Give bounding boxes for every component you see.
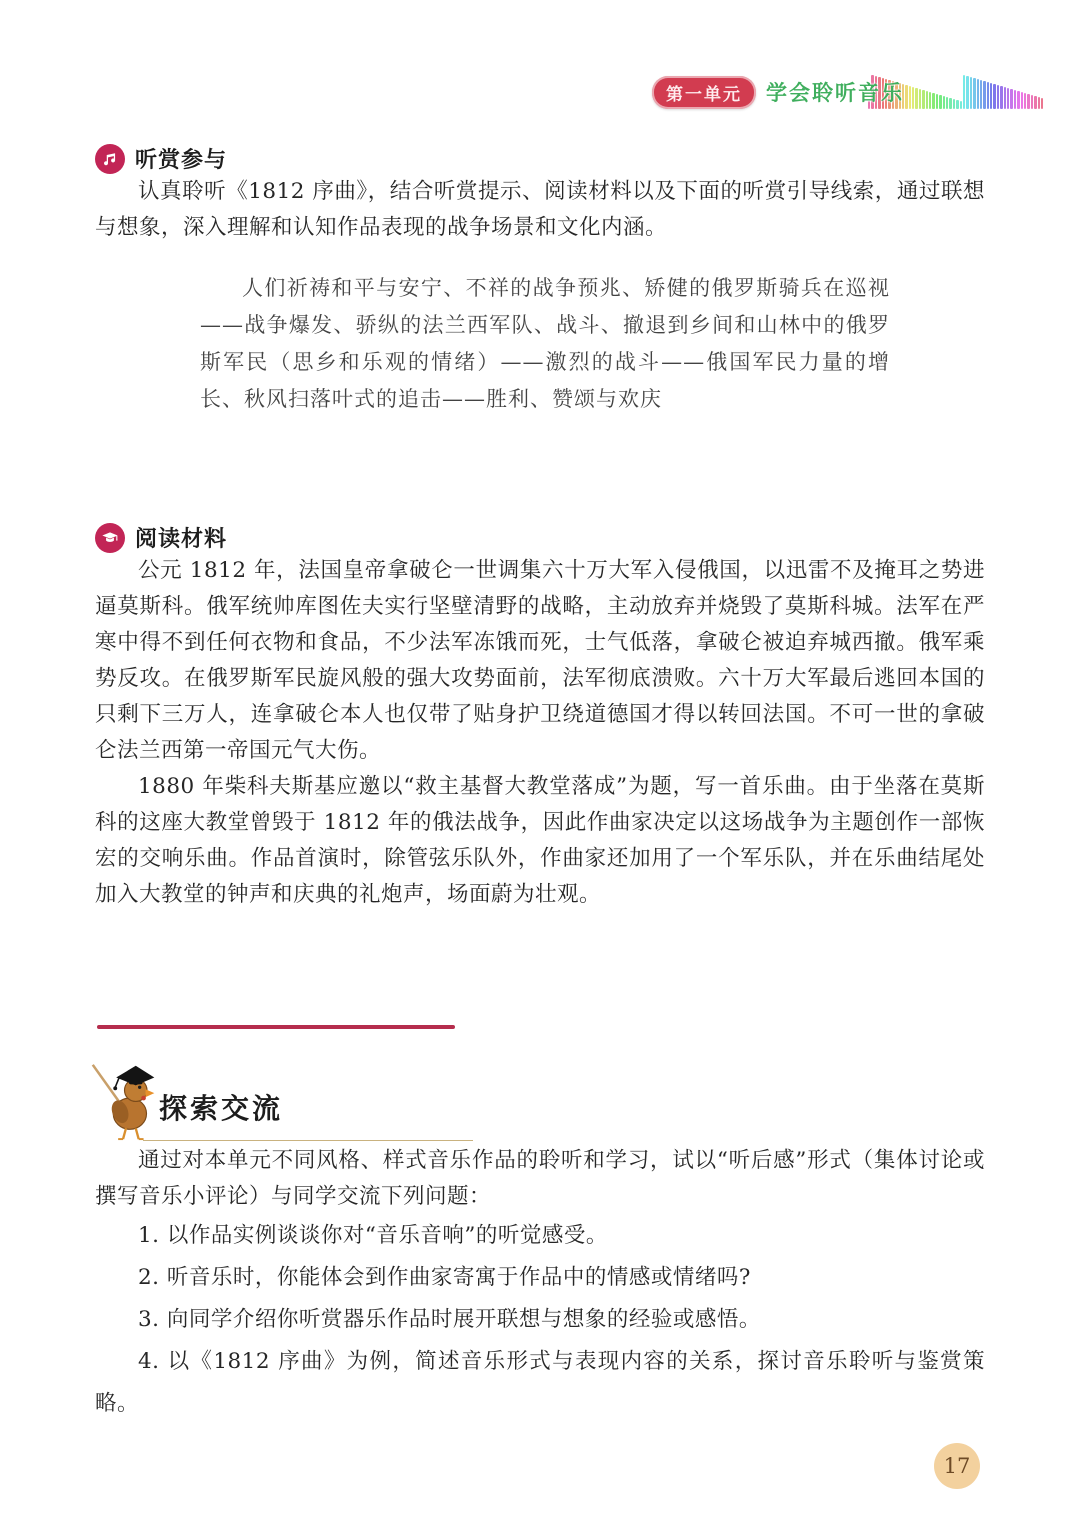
- discussion-section-title: 探索交流: [159, 1087, 283, 1127]
- spectrum-bar: [932, 93, 934, 109]
- spectrum-bar: [936, 94, 938, 109]
- spectrum-bar: [960, 101, 962, 109]
- discussion-question-1: 1. 以作品实例谈谈你对“音乐音响”的听觉感受。: [95, 1215, 985, 1257]
- section-divider-line: [97, 1025, 455, 1029]
- reading-paragraph-2: 1880 年柴科夫斯基应邀以“救主基督大教堂落成”为题，写一首乐曲。由于坐落在莫…: [95, 769, 985, 913]
- spectrum-bar: [993, 84, 995, 109]
- page-header: 第一单元 学会聆听音乐: [652, 74, 1058, 110]
- graduation-cap-icon: [95, 523, 125, 553]
- discussion-intro-paragraph: 通过对本单元不同风格、样式音乐作品的聆听和学习，试以“听后感”形式（集体讨论或撰…: [95, 1143, 985, 1215]
- discussion-question-3: 3. 向同学介绍你听赏器乐作品时展开联想与想象的经验或感悟。: [95, 1299, 985, 1341]
- reading-section-title: 阅读材料: [135, 522, 227, 553]
- spectrum-bar: [977, 79, 979, 109]
- spectrum-bar: [915, 88, 917, 109]
- spectrum-bar: [949, 98, 951, 109]
- spectrum-bar: [1014, 90, 1016, 109]
- spectrum-bar: [1021, 92, 1023, 109]
- spectrum-bar: [1038, 97, 1040, 109]
- spectrum-bar: [926, 91, 928, 109]
- listening-section-header: 听赏参与: [95, 143, 985, 174]
- spectrum-bar: [909, 86, 911, 109]
- spectrum-bar: [919, 89, 921, 109]
- spectrum-bar: [939, 95, 941, 109]
- discussion-question-4: 4. 以《1812 序曲》为例，简述音乐形式与表现内容的关系，探讨音乐聆听与鉴赏…: [95, 1341, 985, 1425]
- spectrum-bar: [980, 80, 982, 109]
- spectrum-bar: [922, 90, 924, 109]
- spectrum-bar: [1034, 96, 1036, 109]
- rooster-teacher-icon: [89, 1057, 161, 1143]
- unit-badge: 第一单元: [652, 76, 756, 109]
- spectrum-bar: [953, 99, 955, 109]
- spectrum-bar: [983, 81, 985, 109]
- spectrum-bar: [963, 75, 965, 109]
- spectrum-bar: [956, 100, 958, 109]
- music-note-icon: [95, 144, 125, 174]
- spectrum-bar: [973, 78, 975, 109]
- unit-title: 学会聆听音乐: [766, 77, 904, 107]
- spectrum-bar: [990, 83, 992, 109]
- spectrum-bar: [905, 85, 907, 109]
- spectrum-bar: [987, 82, 989, 109]
- spectrum-bar: [946, 97, 948, 109]
- spectrum-bar: [1027, 94, 1029, 109]
- reading-section-header: 阅读材料: [95, 522, 985, 553]
- reading-paragraph-1: 公元 1812 年，法国皇帝拿破仑一世调集六十万大军入侵俄国，以迅雷不及掩耳之势…: [95, 553, 985, 769]
- discussion-underline-decoration: [143, 1140, 473, 1141]
- textbook-page: 第一单元 学会聆听音乐 听赏参与 认真聆听《1812 序曲》，结合听赏提示、阅读…: [0, 0, 1080, 1537]
- spectrum-bar: [929, 92, 931, 109]
- spectrum-bar: [1004, 87, 1006, 109]
- spectrum-bar: [1041, 98, 1043, 109]
- spectrum-bar: [943, 96, 945, 109]
- spectrum-bar: [1024, 93, 1026, 109]
- spectrum-bar: [1017, 91, 1019, 109]
- spectrum-bar: [912, 87, 914, 109]
- page-number-badge: 17: [934, 1443, 980, 1489]
- discussion-question-2: 2. 听音乐时，你能体会到作曲家寄寓于作品中的情感或情绪吗?: [95, 1257, 985, 1299]
- spectrum-bar: [970, 77, 972, 109]
- listening-guide-text: 人们祈祷和平与安宁、不祥的战争预兆、矫健的俄罗斯骑兵在巡视——战争爆发、骄纵的法…: [200, 270, 890, 418]
- listening-intro-paragraph: 认真聆听《1812 序曲》，结合听赏提示、阅读材料以及下面的听赏引导线索，通过联…: [95, 174, 985, 246]
- spectrum-bar: [1007, 88, 1009, 109]
- spectrum-bar: [1031, 95, 1033, 109]
- spectrum-bar: [1010, 89, 1012, 109]
- listening-section-title: 听赏参与: [135, 143, 227, 174]
- spectrum-bar: [997, 85, 999, 109]
- spectrum-bar: [966, 76, 968, 109]
- discussion-section-header: 探索交流: [95, 1057, 985, 1143]
- spectrum-bar: [1000, 86, 1002, 109]
- page-content: 听赏参与 认真聆听《1812 序曲》，结合听赏提示、阅读材料以及下面的听赏引导线…: [0, 143, 1080, 1425]
